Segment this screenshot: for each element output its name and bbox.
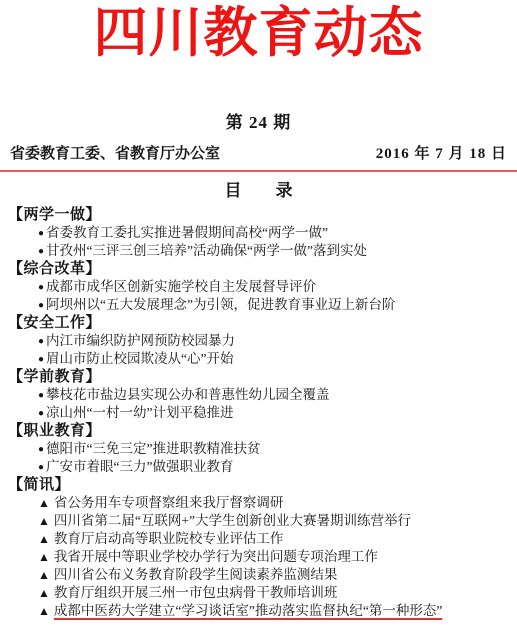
toc-item: ▲教育厅启动高等职业院校专业评估工作 [8, 530, 509, 548]
toc-section-header: 【安全工作】 [8, 314, 509, 332]
toc-item-text: 成都市成华区创新实施学校自主发展督导评价 [46, 279, 316, 294]
toc-item-text: 省委教育工委扎实推进暑假期间高校“两学一做” [46, 225, 328, 240]
toc-item-text: 眉山市防止校园欺凌从“心”开始 [46, 351, 233, 366]
toc-item-text: 攀枝花市盐边县实现公办和普惠性幼儿园全覆盖 [46, 387, 330, 402]
publication-date: 2016 年 7 月 18 日 [376, 144, 507, 164]
masthead-row: 省委教育工委、省教育厅办公室 2016 年 7 月 18 日 [8, 144, 509, 164]
triangle-icon: ▲ [38, 495, 50, 513]
publisher-name: 省委教育工委、省教育厅办公室 [10, 144, 220, 164]
issue-number: 第 24 期 [8, 112, 509, 134]
bullet-icon: ● [38, 441, 44, 459]
toc-item-text: 我省开展中等职业学校办学行为突出问题专项治理工作 [54, 549, 378, 564]
toc-section-header: 【学前教育】 [8, 368, 509, 386]
toc-section-header: 【简讯】 [8, 476, 509, 494]
toc-heading: 目 录 [8, 180, 509, 202]
toc-item-text: 广安市着眼“三力”做强职业教育 [46, 459, 233, 474]
toc-item: ●省委教育工委扎实推进暑假期间高校“两学一做” [8, 224, 509, 242]
toc-item: ●德阳市“三免三定”推进职教精准扶贫 [8, 440, 509, 458]
toc-item: ▲四川省公布义务教育阶段学生阅读素养监测结果 [8, 566, 509, 584]
toc-item-text: 甘孜州“三评三创三培养”活动确保“两学一做”落到实处 [46, 243, 367, 258]
toc-item: ▲省公务用车专项督察组来我厅督察调研 [8, 494, 509, 512]
toc-section-header: 【两学一做】 [8, 206, 509, 224]
bullet-icon: ● [38, 405, 44, 423]
toc-section-header: 【职业教育】 [8, 422, 509, 440]
triangle-icon: ▲ [38, 531, 50, 549]
toc-item-text: 德阳市“三免三定”推进职教精准扶贫 [46, 441, 260, 456]
toc-item-text: 内江市编织防护网预防校园暴力 [46, 333, 235, 348]
bullet-icon: ● [38, 297, 44, 315]
toc-item-text: 成都中医药大学建立“学习谈话室”推动落实监督执纪“第一种形态” [54, 603, 442, 618]
triangle-icon: ▲ [38, 603, 50, 621]
toc-item-text: 阿坝州以“五大发展理念”为引领，促进教育事业迈上新台阶 [46, 297, 395, 312]
triangle-icon: ▲ [38, 549, 50, 567]
toc-item: ●凉山州“一村一幼”计划平稳推进 [8, 404, 509, 422]
bullet-icon: ● [38, 333, 44, 351]
toc-item-text: 四川省公布义务教育阶段学生阅读素养监测结果 [54, 567, 338, 582]
triangle-icon: ▲ [38, 513, 50, 531]
bullet-icon: ● [38, 387, 44, 405]
toc-item: ●内江市编织防护网预防校园暴力 [8, 332, 509, 350]
triangle-icon: ▲ [38, 567, 50, 585]
toc-section-header: 【综合改革】 [8, 260, 509, 278]
toc-item: ●攀枝花市盐边县实现公办和普惠性幼儿园全覆盖 [8, 386, 509, 404]
bullet-icon: ● [38, 351, 44, 369]
document-page: 四川教育动态 第 24 期 省委教育工委、省教育厅办公室 2016 年 7 月 … [0, 0, 517, 626]
triangle-icon: ▲ [38, 585, 50, 603]
toc-item-text: 凉山州“一村一幼”计划平稳推进 [46, 405, 233, 420]
toc-item: ●甘孜州“三评三创三培养”活动确保“两学一做”落到实处 [8, 242, 509, 260]
toc-item: ●成都市成华区创新实施学校自主发展督导评价 [8, 278, 509, 296]
bullet-icon: ● [38, 225, 44, 243]
toc-item: ▲教育厅组织开展三州一市包虫病骨干教师培训班 [8, 584, 509, 602]
bullet-icon: ● [38, 459, 44, 477]
toc-item: ●广安市着眼“三力”做强职业教育 [8, 458, 509, 476]
toc-item-text: 四川省第二届“互联网+”大学生创新创业大赛暑期训练营举行 [54, 513, 411, 528]
toc-item: ●眉山市防止校园欺凌从“心”开始 [8, 350, 509, 368]
toc-item: ●阿坝州以“五大发展理念”为引领，促进教育事业迈上新台阶 [8, 296, 509, 314]
toc-item: ▲我省开展中等职业学校办学行为突出问题专项治理工作 [8, 548, 509, 566]
toc-item: ▲四川省第二届“互联网+”大学生创新创业大赛暑期训练营举行 [8, 512, 509, 530]
toc-item-text: 教育厅启动高等职业院校专业评估工作 [54, 531, 284, 546]
toc-item: ▲成都中医药大学建立“学习谈话室”推动落实监督执纪“第一种形态” [8, 602, 509, 620]
bullet-icon: ● [38, 243, 44, 261]
publication-title: 四川教育动态 [8, 2, 509, 64]
bullet-icon: ● [38, 279, 44, 297]
toc-list: 【两学一做】●省委教育工委扎实推进暑假期间高校“两学一做”●甘孜州“三评三创三培… [8, 206, 509, 620]
toc-item-text: 教育厅组织开展三州一市包虫病骨干教师培训班 [54, 585, 338, 600]
masthead-divider [0, 170, 517, 172]
toc-item-text: 省公务用车专项督察组来我厅督察调研 [54, 495, 284, 510]
